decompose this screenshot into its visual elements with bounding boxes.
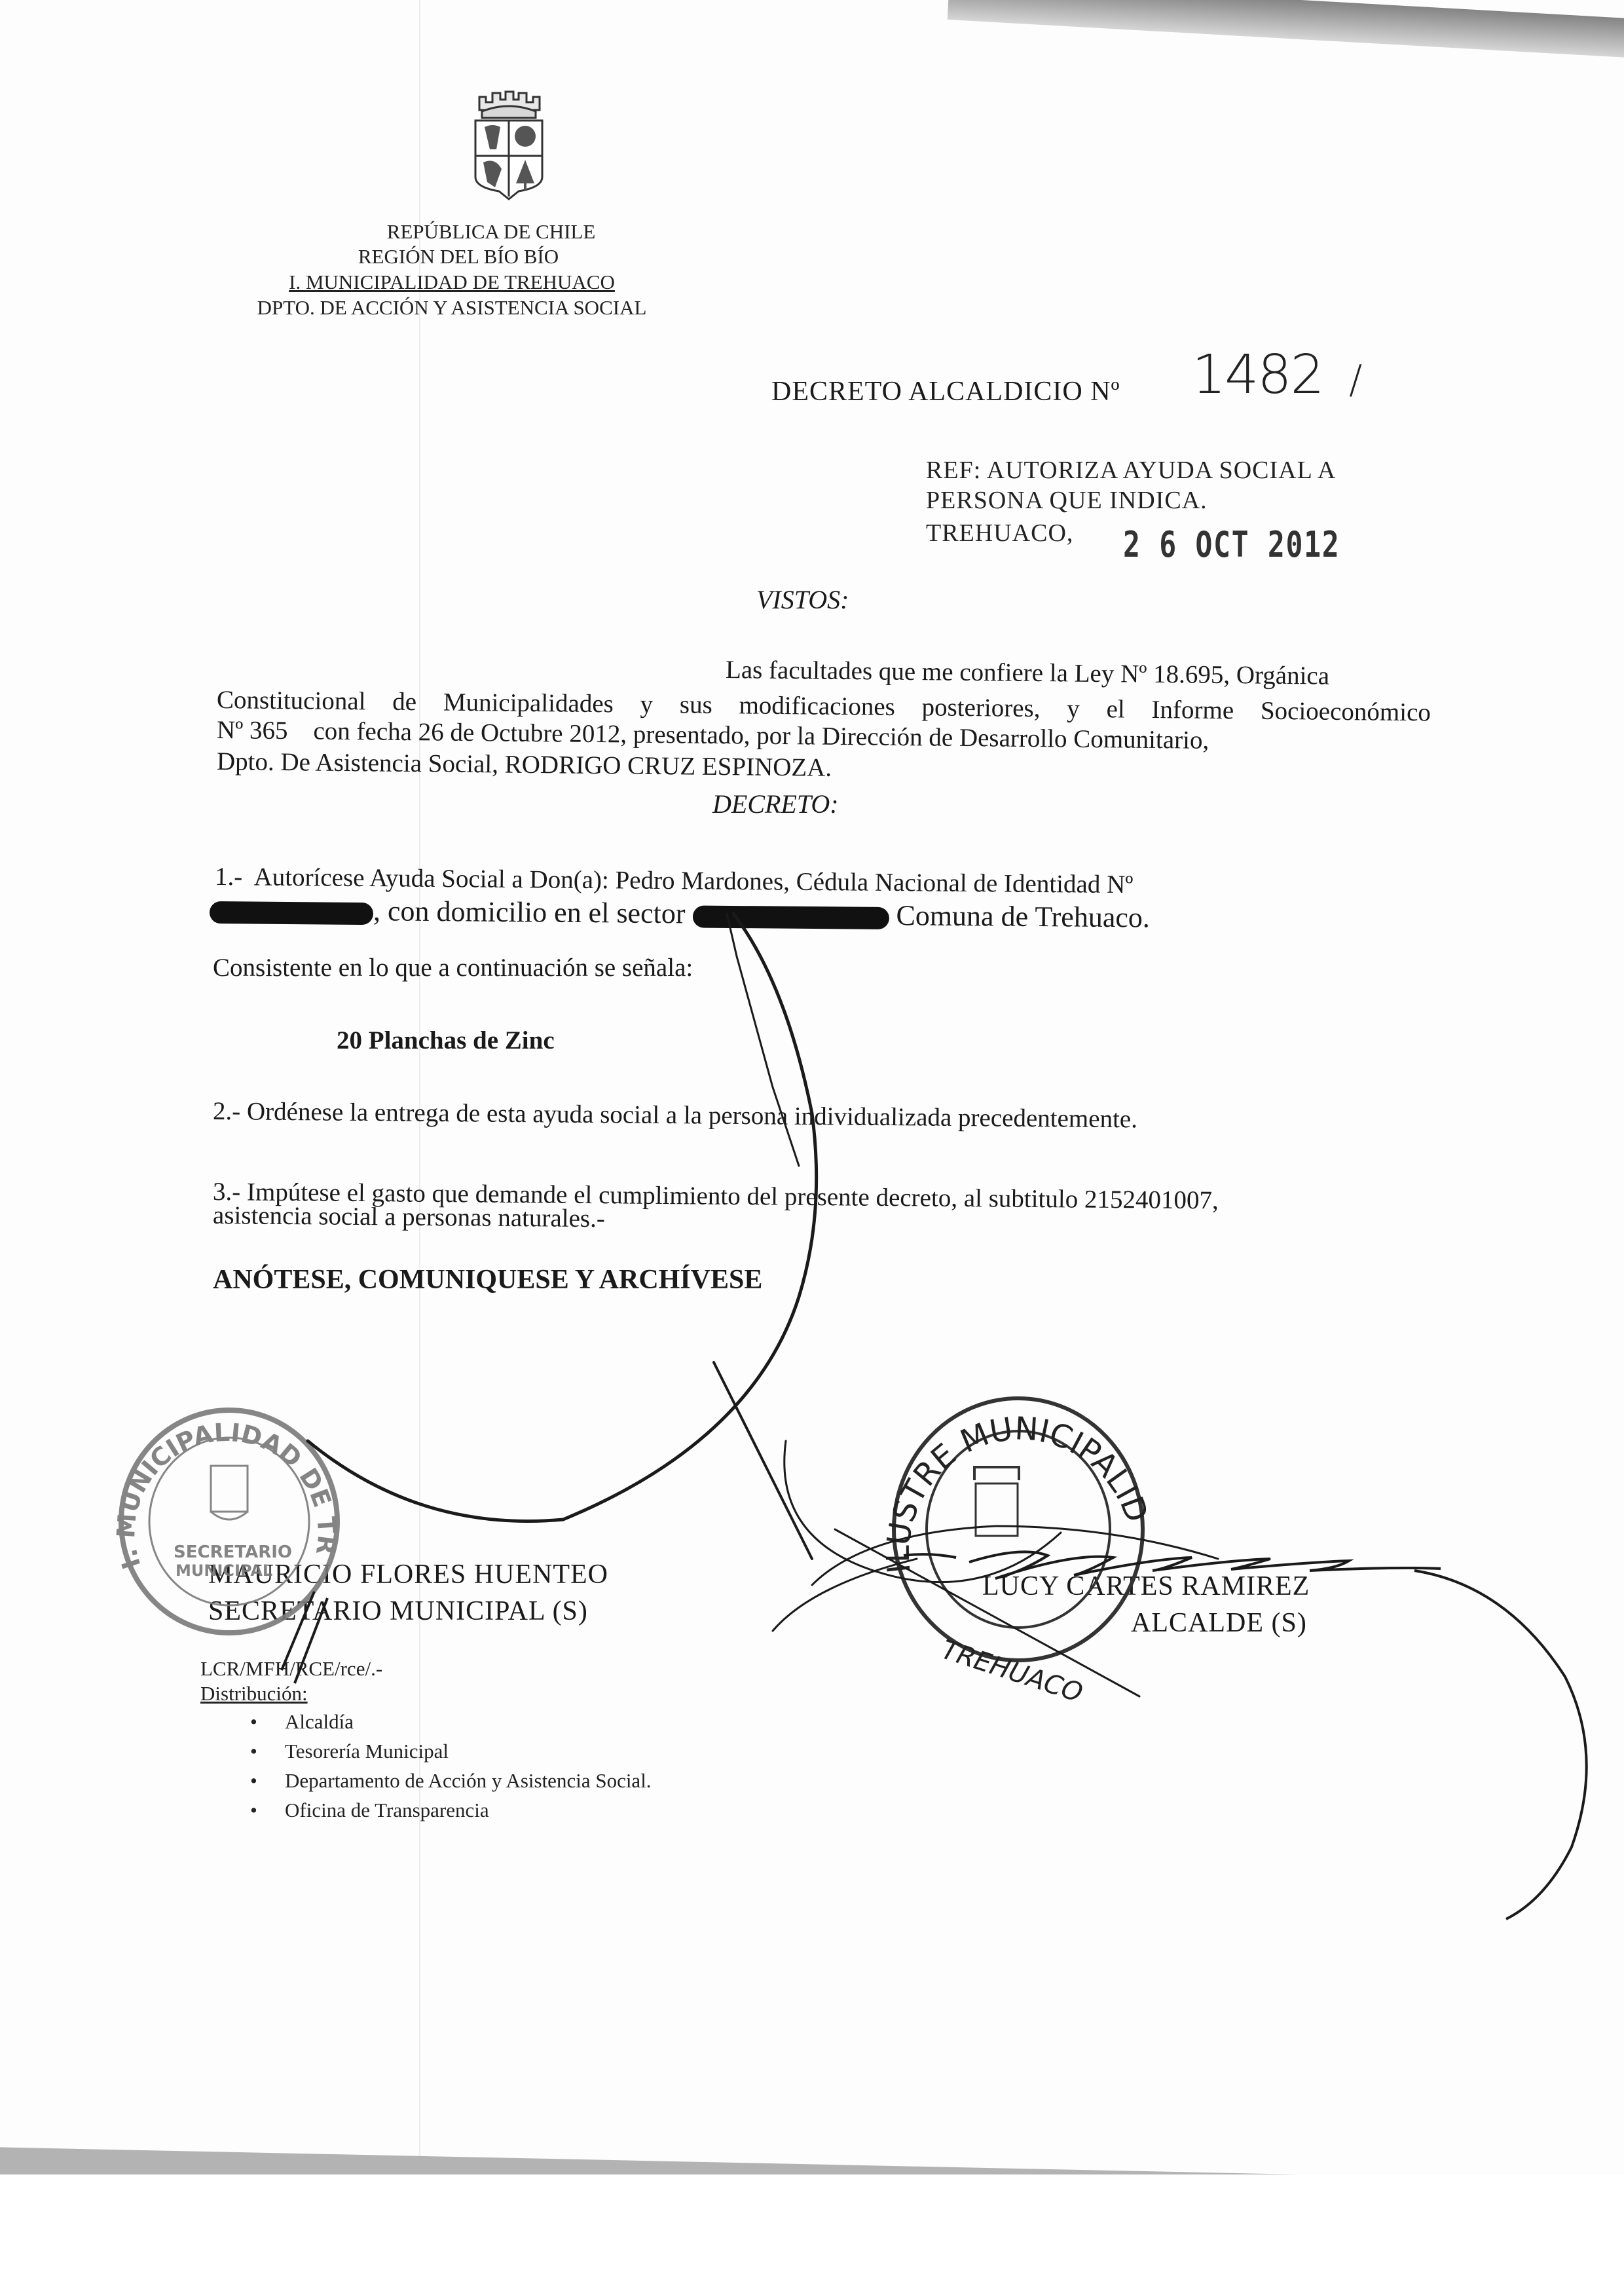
left-municipal-stamp-icon: I. MUNICIPALIDAD DE TREHUACO SECRETARIO …	[0, 0, 341, 1633]
bullet: •	[250, 1707, 257, 1736]
redacted-id-number	[210, 901, 373, 925]
date-stamp: 2 6 OCT 2012	[1123, 524, 1340, 565]
distribution-item-label: Oficina de Transparencia	[285, 1799, 489, 1821]
closing-text: ANÓTESE, COMUNIQUESE Y ARCHÍVESE	[213, 1265, 762, 1295]
svg-text:I. MUNICIPALIDAD DE TREHUACO: I. MUNICIPALIDAD DE TREHUACO	[0, 0, 341, 1573]
distribution-label: Distribución:	[200, 1682, 308, 1706]
redacted-sector	[692, 905, 889, 929]
vistos-heading: VISTOS:	[756, 584, 849, 615]
distribution-item-label: Tesorería Municipal	[285, 1740, 449, 1763]
header-departamento: DPTO. DE ACCIÓN Y ASISTENCIA SOCIAL	[223, 296, 681, 320]
scan-shadow-top	[948, 0, 1624, 64]
header-region: REGIÓN DEL BÍO BÍO	[334, 245, 583, 269]
decree-number: 1482	[1192, 344, 1323, 406]
place-label: TREHUACO,	[926, 519, 1073, 548]
vistos-line-1: Las facultades que me confiere la Ley Nº…	[726, 655, 1330, 691]
blank-margin	[0, 2174, 1624, 2295]
initials: LCR/MFH/RCE/rce/.-	[200, 1657, 382, 1681]
distribution-item: •Departamento de Acción y Asistencia Soc…	[210, 1766, 652, 1795]
left-signer-name: MAURICIO FLORES HUENTEO	[208, 1559, 608, 1590]
item-3-line-2: asistencia social a personas naturales.-	[213, 1201, 605, 1233]
item-1-comuna-text: Comuna de Trehuaco.	[889, 899, 1150, 933]
item-2-text: 2.- Ordénese la entrega de esta ayuda so…	[213, 1096, 1137, 1134]
consistente-text: Consistente en lo que a continuación se …	[213, 953, 693, 982]
bullet: •	[250, 1795, 257, 1825]
decree-title: DECRETO ALCALDICIO Nº	[771, 376, 1120, 407]
ref-line-2: PERSONA QUE INDICA.	[926, 486, 1208, 515]
ref-line-1: REF: AUTORIZA AYUDA SOCIAL A	[926, 456, 1336, 485]
distribution-item-label: Departamento de Acción y Asistencia Soci…	[285, 1769, 652, 1792]
scanned-page: REPÚBLICA DE CHILE REGIÓN DEL BÍO BÍO I.…	[0, 0, 1624, 2295]
right-signer-name: LUCY CARTES RAMIREZ	[982, 1571, 1310, 1602]
distribution-item-label: Alcaldía	[285, 1710, 354, 1733]
page-fold-line	[419, 0, 420, 2161]
signature-overlay: I. MUNICIPALIDAD DE TREHUACO SECRETARIO …	[0, 0, 1624, 2295]
header-republica: REPÚBLICA DE CHILE	[367, 220, 616, 244]
bullet: •	[250, 1766, 257, 1795]
item-1-line-2: , con domicilio en el sector Comuna de T…	[210, 895, 1150, 933]
bullet: •	[250, 1736, 257, 1766]
distribution-item: •Oficina de Transparencia	[210, 1795, 652, 1825]
right-signer-title: ALCALDE (S)	[1131, 1607, 1307, 1639]
item-1-domicile-text: , con domicilio en el sector	[373, 895, 693, 929]
svg-text:TREHUACO: TREHUACO	[938, 1635, 1086, 1709]
header-municipalidad: I. MUNICIPALIDAD DE TREHUACO	[262, 271, 642, 294]
vistos-line-4: Dpto. De Asistencia Social, RODRIGO CRUZ…	[217, 747, 832, 783]
decreto-heading: DECRETO:	[712, 789, 839, 819]
item-detail: 20 Planchas de Zinc	[337, 1026, 555, 1055]
distribution-list: •Alcaldía •Tesorería Municipal •Departam…	[210, 1707, 652, 1825]
left-signer-title: SECRETARIO MUNICIPAL (S)	[208, 1595, 588, 1627]
decree-number-suffix: /	[1349, 357, 1361, 403]
distribution-item: •Alcaldía	[210, 1707, 652, 1736]
distribution-item: •Tesorería Municipal	[210, 1736, 652, 1766]
coat-of-arms-icon	[466, 84, 551, 200]
